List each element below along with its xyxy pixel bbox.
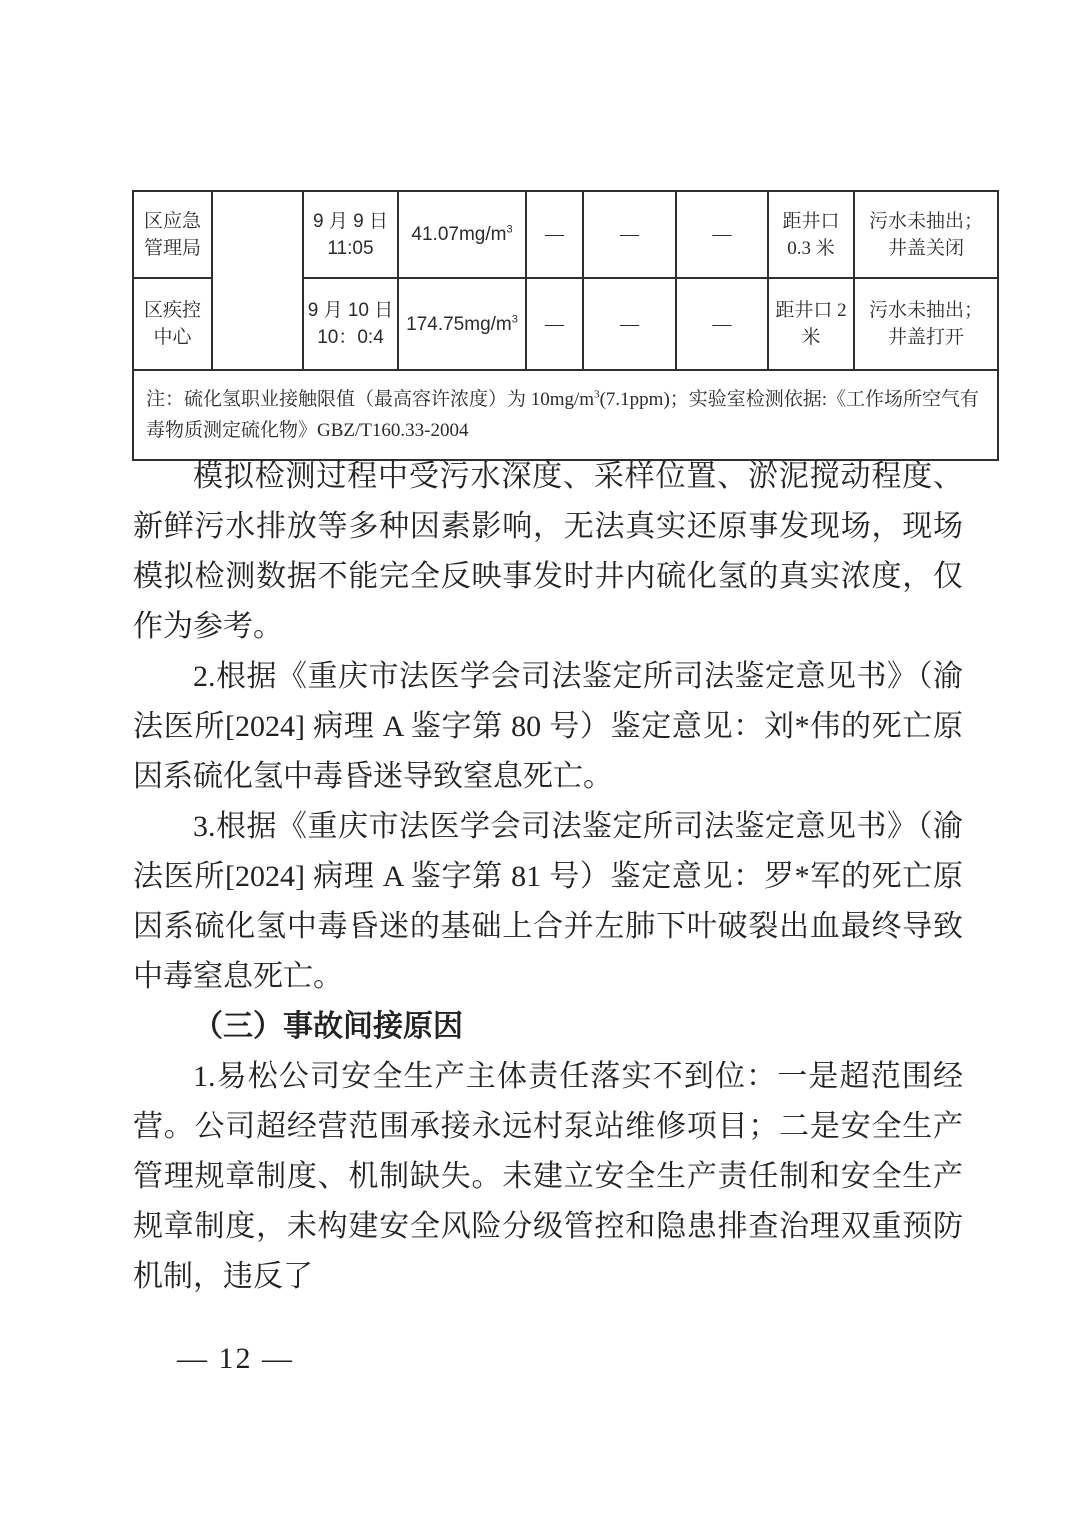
remark-line: 污水未抽出； <box>858 208 994 235</box>
document-body: 模拟检测过程中受污水深度、采样位置、淤泥搅动程度、新鲜污水排放等多种因素影响，无… <box>133 452 963 1302</box>
remark-cell: 污水未抽出； 井盖打开 <box>854 278 998 370</box>
distance-cell: 距井口 0.3 米 <box>768 191 854 278</box>
datetime-cell: 9 月 9 日 11:05 <box>303 191 398 278</box>
date-line: 9 月 9 日 <box>307 208 394 235</box>
agency-line: 管理局 <box>137 235 208 262</box>
table-row: 区应急 管理局 9 月 9 日 11:05 41.07mg/m3 — — — 距… <box>133 191 998 278</box>
distance-line: 距井口 <box>772 208 850 235</box>
date-line: 9 月 10 日 <box>307 297 394 324</box>
agency-line: 区应急 <box>137 208 208 235</box>
superscript: 3 <box>512 313 518 325</box>
remark-line: 井盖打开 <box>858 324 994 351</box>
body-paragraph: 2.根据《重庆市法医学会司法鉴定所司法鉴定意见书》（渝法医所[2024] 病理 … <box>133 652 963 802</box>
datetime-cell: 9 月 10 日 10：0:4 <box>303 278 398 370</box>
dash-cell: — <box>526 278 583 370</box>
note-text: 注：硫化氢职业接触限值（最高容许浓度）为 10mg/m <box>146 389 594 410</box>
agency-cell: 区疾控 中心 <box>133 278 212 370</box>
dash-cell: — <box>676 191 768 278</box>
concentration-cell: 174.75mg/m3 <box>398 278 526 370</box>
concentration-value: 41.07mg/m <box>411 224 506 245</box>
remark-line: 井盖关闭 <box>858 235 994 262</box>
distance-line: 0.3 米 <box>772 235 850 262</box>
table-note-row: 注：硫化氢职业接触限值（最高容许浓度）为 10mg/m3(7.1ppm)；实验室… <box>133 370 998 460</box>
time-line: 11:05 <box>307 235 394 262</box>
body-paragraph: 1.易松公司安全生产主体责任落实不到位：一是超范围经营。公司超经营范围承接永远村… <box>133 1052 963 1302</box>
dash-cell: — <box>526 191 583 278</box>
distance-line: 距井口 2 <box>772 297 850 324</box>
remark-line: 污水未抽出； <box>858 297 994 324</box>
merged-empty-cell <box>212 191 303 370</box>
concentration-value: 174.75mg/m <box>406 314 512 335</box>
agency-line: 中心 <box>137 324 208 351</box>
time-line: 10：0:4 <box>307 324 394 351</box>
section-heading: （三）事故间接原因 <box>133 1002 963 1052</box>
distance-line: 米 <box>772 324 850 351</box>
body-paragraph: 3.根据《重庆市法医学会司法鉴定所司法鉴定意见书》（渝法医所[2024] 病理 … <box>133 802 963 1002</box>
dash-cell: — <box>676 278 768 370</box>
dash-cell: — <box>583 191 676 278</box>
agency-line: 区疾控 <box>137 297 208 324</box>
note-cell: 注：硫化氢职业接触限值（最高容许浓度）为 10mg/m3(7.1ppm)；实验室… <box>133 370 998 460</box>
distance-cell: 距井口 2 米 <box>768 278 854 370</box>
dash-cell: — <box>583 278 676 370</box>
agency-cell: 区应急 管理局 <box>133 191 212 278</box>
concentration-cell: 41.07mg/m3 <box>398 191 526 278</box>
measurement-table: 区应急 管理局 9 月 9 日 11:05 41.07mg/m3 — — — 距… <box>132 190 999 461</box>
superscript: 3 <box>506 224 512 236</box>
page-number: — 12 — <box>177 1342 294 1376</box>
remark-cell: 污水未抽出； 井盖关闭 <box>854 191 998 278</box>
document-page: 区应急 管理局 9 月 9 日 11:05 41.07mg/m3 — — — 距… <box>0 0 1074 1520</box>
body-paragraph: 模拟检测过程中受污水深度、采样位置、淤泥搅动程度、新鲜污水排放等多种因素影响，无… <box>133 452 963 652</box>
